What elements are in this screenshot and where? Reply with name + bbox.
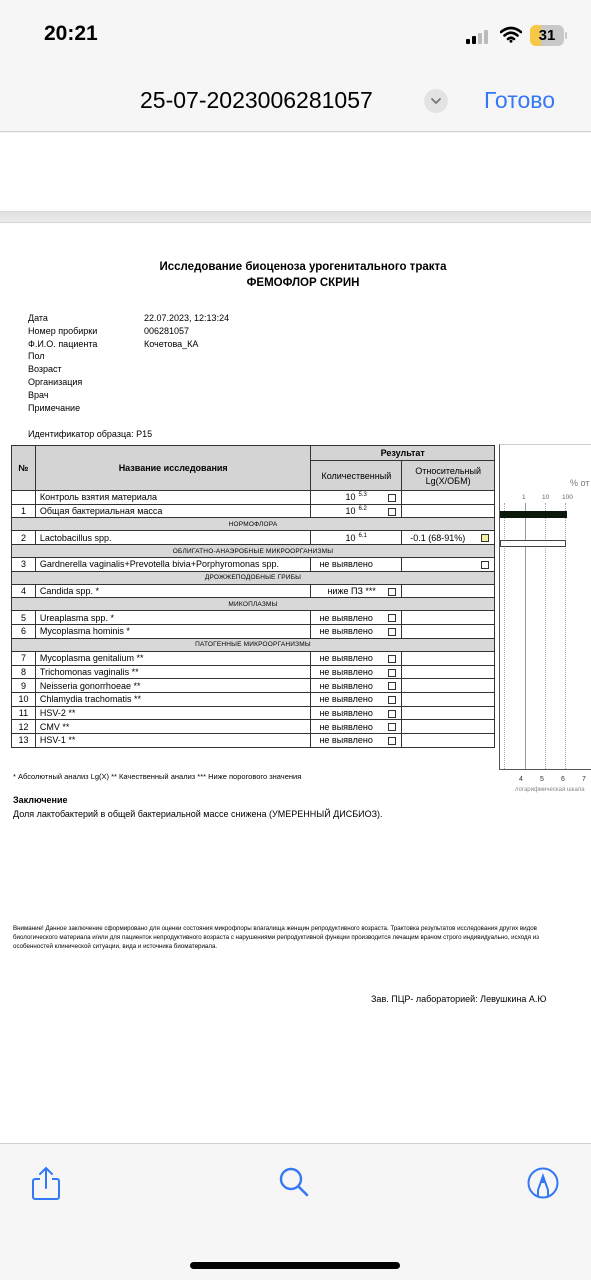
quantitative-result: не выявлено [311, 651, 402, 665]
navigation-bar: 25-07-2023006281057 Готово [0, 70, 591, 132]
quantitative-result: 106.1 [311, 531, 402, 545]
quantitative-result: не выявлено [311, 733, 402, 747]
qty-exponent: 5.3 [358, 492, 366, 498]
test-name: Lactobacillus spp. [35, 531, 311, 545]
row-number: 11 [12, 706, 36, 720]
checkbox-icon [388, 737, 396, 745]
row-number: 2 [12, 531, 36, 545]
checkbox-icon [388, 628, 396, 636]
info-label: Врач [28, 390, 49, 400]
status-indicator-yellow [481, 534, 489, 542]
row-number: 3 [12, 558, 36, 572]
row-number: 10 [12, 692, 36, 706]
info-label: Ф.И.О. пациента [28, 339, 97, 349]
checkbox-icon [481, 561, 489, 569]
info-label: Примечание [28, 403, 80, 413]
info-label: Дата [28, 313, 48, 323]
relative-result [402, 558, 495, 572]
header-quantitative: Количественный [311, 461, 402, 491]
relative-value: -0.1 (68-91%) [406, 533, 465, 543]
relative-value [406, 559, 410, 569]
chart-bar [500, 511, 567, 518]
table-group-header: НОРМОФЛОРА [12, 518, 495, 531]
relative-value [406, 708, 410, 718]
header-relative-line1: Относительный [415, 466, 481, 476]
relative-result [402, 651, 495, 665]
checkbox-icon [388, 614, 396, 622]
relative-result [402, 733, 495, 747]
quantitative-result: 106.2 [311, 504, 402, 518]
chart-bottom-tick: 5 [540, 776, 544, 783]
table-group-header: ОБЛИГАТНО-АНАЭРОБНЫЕ МИКРООРГАНИЗМЫ [12, 545, 495, 558]
quantitative-result: не выявлено [311, 611, 402, 625]
group-label: МИКОПЛАЗМЫ [12, 598, 495, 611]
test-name: Контроль взятия материала [35, 491, 311, 505]
quantitative-result: не выявлено [311, 665, 402, 679]
test-name: Trichomonas vaginalis ** [35, 665, 311, 679]
row-number: 6 [12, 625, 36, 639]
quantitative-result: не выявлено [311, 625, 402, 639]
sample-id: Идентификатор образца: P15 [28, 429, 152, 439]
checkbox-icon [388, 655, 396, 663]
page-separator [0, 211, 591, 223]
group-label: ПАТОГЕННЫЕ МИКРООРГАНИЗМЫ [12, 638, 495, 651]
bottom-toolbar [0, 1143, 591, 1280]
table-row: 5Ureaplasma spp. *не выявлено [12, 611, 495, 625]
relative-value [406, 613, 410, 623]
header-relative-line2: Lg(X/ОБМ) [426, 476, 471, 486]
table-row: 9Neisseria gonorrhoeae **не выявлено [12, 679, 495, 693]
quantitative-result: не выявлено [311, 558, 402, 572]
checkbox-icon [388, 669, 396, 677]
test-name: CMV ** [35, 720, 311, 734]
group-label: ДРОЖЖЕПОДОБНЫЕ ГРИБЫ [12, 571, 495, 584]
quantitative-result: не выявлено [311, 679, 402, 693]
test-name: Общая бактериальная масса [35, 504, 311, 518]
checkbox-icon [388, 696, 396, 704]
relative-value [406, 694, 410, 704]
qty-value: 10 [315, 533, 355, 543]
header-result: Результат [311, 446, 495, 461]
chart-bottom-tick: 7 [582, 776, 586, 783]
qty-exponent: 6.1 [358, 533, 366, 539]
warning-text: Внимание! Данное заключение сформировано… [13, 924, 573, 951]
relative-value [406, 735, 410, 745]
table-row: 12CMV **не выявлено [12, 720, 495, 734]
table-group-header: ДРОЖЖЕПОДОБНЫЕ ГРИБЫ [12, 571, 495, 584]
pdf-viewer[interactable]: Исследование биоценоза урогенитального т… [0, 133, 591, 1143]
results-table: № Название исследования Результат Количе… [11, 445, 495, 748]
relative-value [406, 681, 410, 691]
relative-result [402, 679, 495, 693]
info-value: Кочетова_КА [144, 339, 198, 349]
test-name: Candida spp. * [35, 584, 311, 598]
battery-icon: 31 [530, 25, 564, 46]
info-label: Возраст [28, 364, 62, 374]
chart-bottom-tick: 4 [519, 776, 523, 783]
table-row: 3Gardnerella vaginalis+Prevotella bivia+… [12, 558, 495, 572]
quantitative-result: не выявлено [311, 706, 402, 720]
quantitative-result: не выявлено [311, 720, 402, 734]
done-button[interactable]: Готово [484, 87, 555, 114]
status-time: 20:21 [44, 22, 98, 46]
chart-axis-caption: логарифмическая шкала [515, 787, 585, 793]
row-number: 13 [12, 733, 36, 747]
quantitative-result: не выявлено [311, 692, 402, 706]
table-row: 6Mycoplasma hominis *не выявлено [12, 625, 495, 639]
share-icon[interactable] [30, 1166, 62, 1202]
test-name: Chlamydia trachomatis ** [35, 692, 311, 706]
row-number: 5 [12, 611, 36, 625]
qty-value: не выявлено [315, 626, 372, 636]
footnote: * Абсолютный анализ Lg(X) ** Качественны… [13, 772, 301, 781]
relative-value [406, 653, 410, 663]
info-label: Номер пробирки [28, 326, 97, 336]
relative-value [406, 586, 410, 596]
info-label: Организация [28, 377, 82, 387]
qty-value: не выявлено [315, 667, 372, 677]
status-bar: 20:21 31 [0, 0, 591, 70]
table-row: 2Lactobacillus spp.106.1-0.1 (68-91%) [12, 531, 495, 545]
checkbox-icon [388, 723, 396, 731]
relative-result [402, 625, 495, 639]
header-relative: Относительный Lg(X/ОБМ) [402, 461, 495, 491]
chart-bottom-tick: 6 [561, 776, 565, 783]
relative-result [402, 491, 495, 505]
relative-result [402, 504, 495, 518]
qty-value: не выявлено [315, 708, 372, 718]
table-row: 8Trichomonas vaginalis **не выявлено [12, 665, 495, 679]
relative-value [406, 667, 410, 677]
test-name: Mycoplasma genitalium ** [35, 651, 311, 665]
table-group-header: МИКОПЛАЗМЫ [12, 598, 495, 611]
cellular-signal-icon [466, 30, 488, 44]
table-row: 4Candida spp. *ниже ПЗ *** [12, 584, 495, 598]
qty-value: не выявлено [315, 722, 372, 732]
group-label: НОРМОФЛОРА [12, 518, 495, 531]
qty-exponent: 6.2 [358, 506, 366, 512]
conclusion-heading: Заключение [13, 795, 68, 805]
checkbox-icon [388, 588, 396, 596]
test-name: Neisseria gonorrhoeae ** [35, 679, 311, 693]
test-name: Mycoplasma hominis * [35, 625, 311, 639]
relative-value [406, 722, 410, 732]
info-label: Пол [28, 351, 45, 361]
table-row: 11HSV-2 **не выявлено [12, 706, 495, 720]
quantitative-result: 105.3 [311, 491, 402, 505]
qty-value: ниже ПЗ *** [315, 586, 375, 596]
chart-top-tick: 10 [542, 494, 549, 501]
info-value: 22.07.2023, 12:13:24 [144, 313, 229, 323]
chart-title: % от [570, 478, 589, 488]
row-number [12, 491, 36, 505]
title-menu-button[interactable] [424, 89, 448, 113]
row-number: 12 [12, 720, 36, 734]
relative-result [402, 720, 495, 734]
report-title: Исследование биоценоза урогенитального т… [0, 261, 591, 273]
qty-value: 10 [315, 492, 355, 502]
checkbox-icon [388, 710, 396, 718]
relative-result [402, 692, 495, 706]
test-name: Gardnerella vaginalis+Prevotella bivia+P… [35, 558, 311, 572]
relative-value [406, 506, 410, 516]
relative-result: -0.1 (68-91%) [402, 531, 495, 545]
qty-value: не выявлено [315, 653, 372, 663]
qty-value: не выявлено [315, 613, 372, 623]
qty-value: не выявлено [315, 694, 372, 704]
wifi-icon [500, 26, 522, 43]
table-row: 13HSV-1 **не выявлено [12, 733, 495, 747]
chevron-down-icon [430, 97, 442, 105]
chart-bar [500, 540, 566, 547]
test-name: Ureaplasma spp. * [35, 611, 311, 625]
home-indicator [190, 1262, 400, 1269]
row-number: 1 [12, 504, 36, 518]
table-row: 7Mycoplasma genitalium **не выявлено [12, 651, 495, 665]
signature: Зав. ПЦР- лабораторией: Левушкина А.Ю [371, 994, 546, 1004]
search-icon[interactable] [278, 1166, 312, 1200]
quantitative-result: ниже ПЗ *** [311, 584, 402, 598]
header-name: Название исследования [35, 446, 311, 491]
checkbox-icon [388, 494, 396, 502]
battery-level: 31 [530, 27, 564, 44]
markup-pen-icon[interactable] [526, 1166, 560, 1200]
table-group-header: ПАТОГЕННЫЕ МИКРООРГАНИЗМЫ [12, 638, 495, 651]
table-row: 1Общая бактериальная масса106.2 [12, 504, 495, 518]
relative-result [402, 706, 495, 720]
qty-value: 10 [315, 506, 355, 516]
header-num: № [12, 446, 36, 491]
relative-result [402, 584, 495, 598]
row-number: 4 [12, 584, 36, 598]
document-title[interactable]: 25-07-2023006281057 [140, 87, 373, 114]
side-bar-chart: % от 110100 [499, 444, 591, 770]
battery-tip [565, 32, 567, 39]
relative-value [406, 492, 410, 502]
group-label: ОБЛИГАТНО-АНАЭРОБНЫЕ МИКРООРГАНИЗМЫ [12, 545, 495, 558]
chart-top-tick: 1 [522, 494, 526, 501]
test-name: HSV-1 ** [35, 733, 311, 747]
row-number: 8 [12, 665, 36, 679]
relative-result [402, 665, 495, 679]
chart-top-tick: 100 [562, 494, 573, 501]
qty-value: не выявлено [315, 559, 372, 569]
test-name: HSV-2 ** [35, 706, 311, 720]
info-value: 006281057 [144, 326, 189, 336]
row-number: 7 [12, 651, 36, 665]
checkbox-icon [388, 682, 396, 690]
checkbox-icon [388, 508, 396, 516]
qty-value: не выявлено [315, 735, 372, 745]
table-row: 10Chlamydia trachomatis **не выявлено [12, 692, 495, 706]
row-number: 9 [12, 679, 36, 693]
relative-value [406, 626, 410, 636]
qty-value: не выявлено [315, 681, 372, 691]
conclusion-text: Доля лактобактерий в общей бактериальной… [13, 809, 383, 819]
table-row: Контроль взятия материала105.3 [12, 491, 495, 505]
report-subtitle: ФЕМОФЛОР СКРИН [0, 277, 591, 289]
relative-result [402, 611, 495, 625]
